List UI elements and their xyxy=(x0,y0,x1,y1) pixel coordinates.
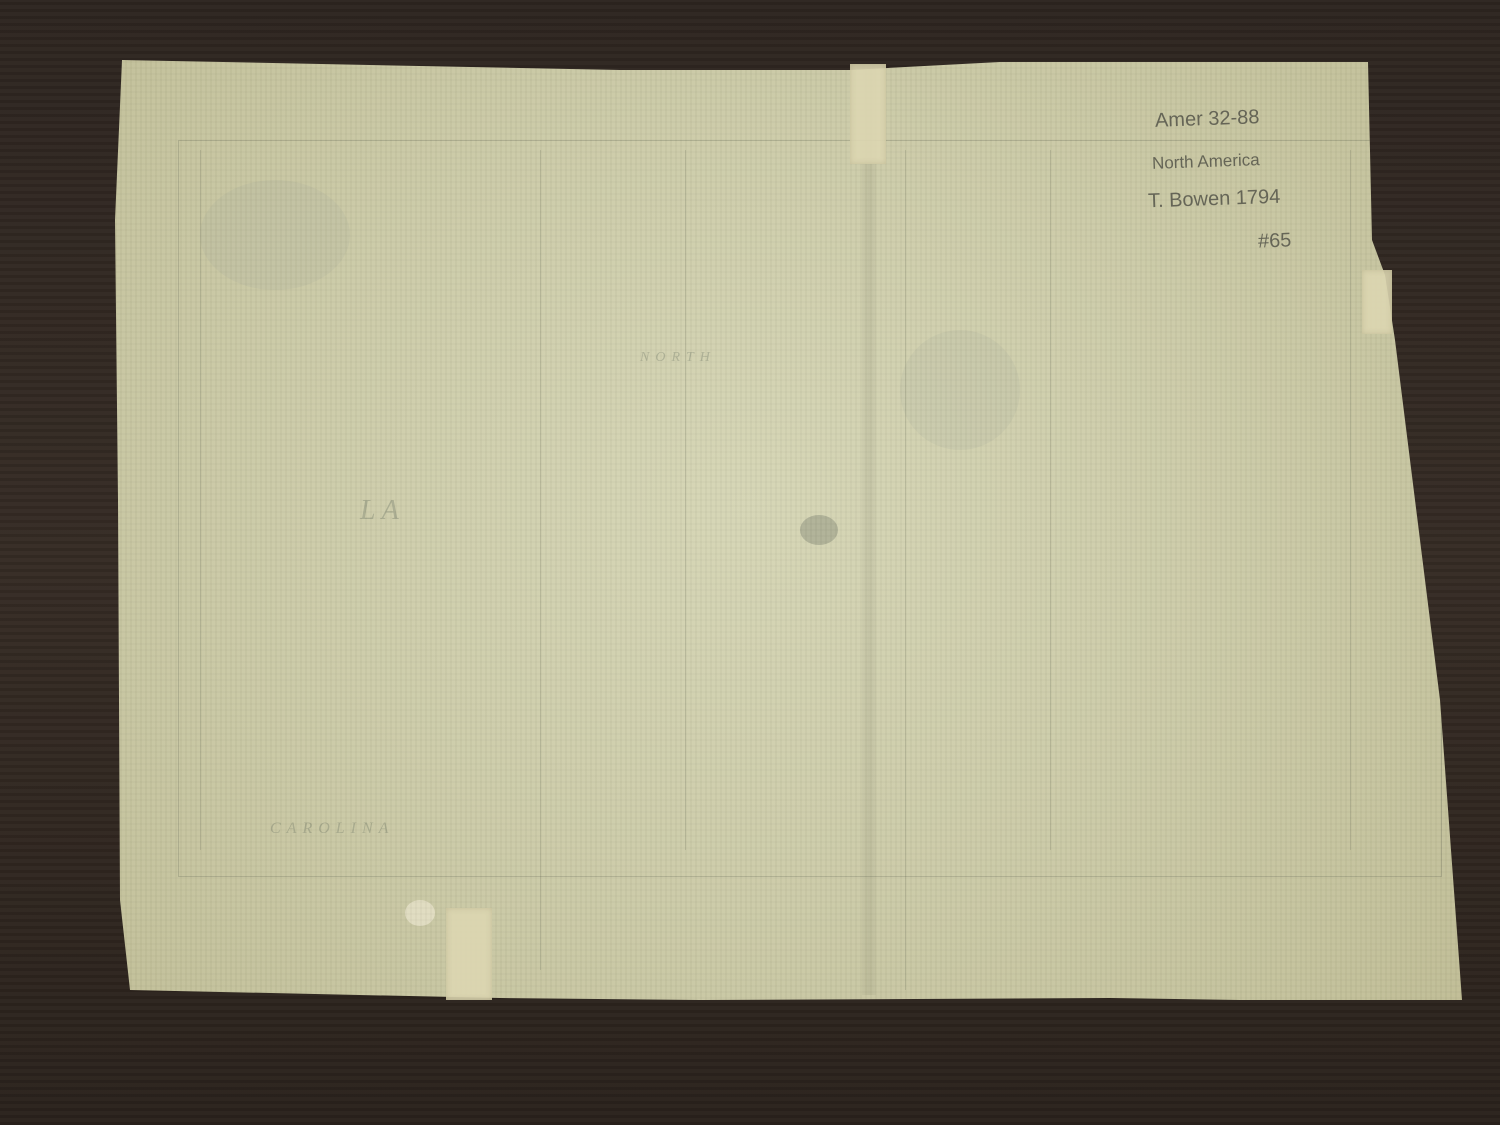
stain xyxy=(900,330,1020,450)
center-fold xyxy=(862,66,876,995)
grid-line xyxy=(1050,150,1051,850)
pencil-note-catalog: Amer 32-88 xyxy=(1155,106,1260,133)
tape-strip-bottom xyxy=(446,908,492,1000)
paper-back: CAROLINA LA NORTH xyxy=(0,0,1500,1125)
ghost-text: NORTH xyxy=(640,350,716,366)
stain xyxy=(200,180,350,290)
tape-strip-right xyxy=(1362,270,1392,334)
pencil-note-author-year: T. Bowen 1794 xyxy=(1148,186,1281,214)
map-sheet: CAROLINA LA NORTH Amer 32-88 North Ameri… xyxy=(0,0,1500,1125)
grid-line xyxy=(1350,150,1351,850)
ghost-text: LA xyxy=(360,495,405,527)
ghost-text: CAROLINA xyxy=(270,820,394,838)
tape-strip-top xyxy=(850,64,886,164)
paper-repair xyxy=(405,900,435,926)
pencil-note-price: #65 xyxy=(1258,229,1292,253)
grid-line xyxy=(905,150,906,990)
grid-line xyxy=(540,150,541,970)
ink-spot xyxy=(800,515,838,545)
plate-border xyxy=(178,140,1442,877)
grid-line xyxy=(685,150,686,850)
grid-line xyxy=(200,150,201,850)
pencil-note-title: North America xyxy=(1152,150,1260,174)
